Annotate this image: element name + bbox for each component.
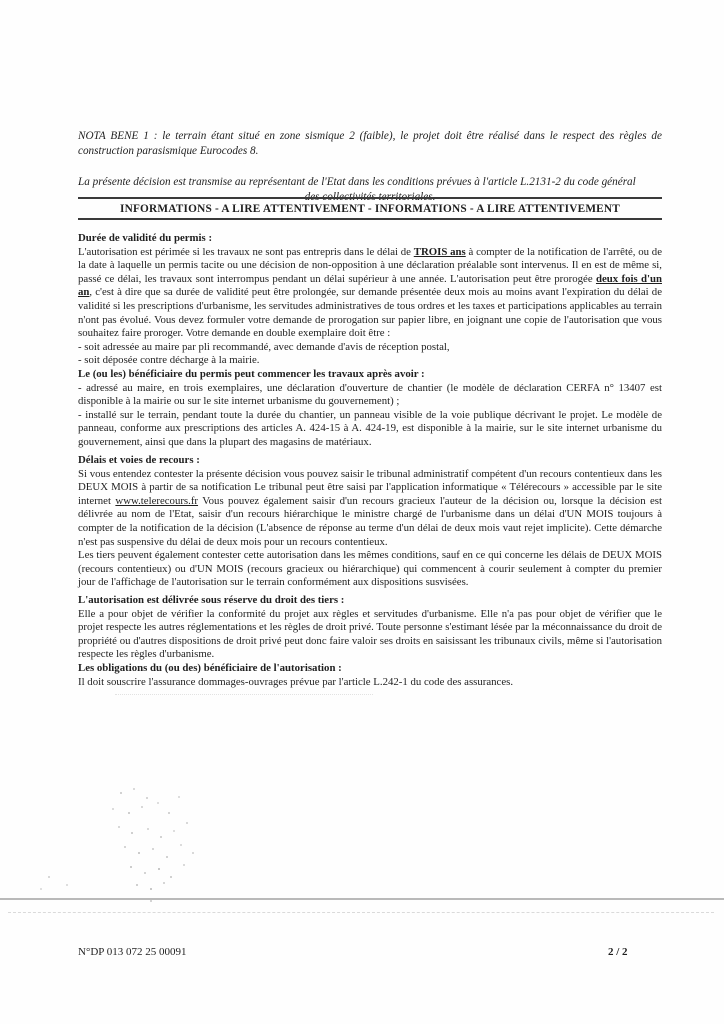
scan-artifact-line — [115, 694, 373, 695]
validity-text-1: L'autorisation est périmée si les travau… — [78, 246, 414, 258]
section-appeals: Délais et voies de recours : Si vous ent… — [78, 454, 662, 590]
informations-banner: INFORMATIONS - A LIRE ATTENTIVEMENT - IN… — [78, 197, 662, 220]
obligations-heading: Les obligations du (ou des) bénéficiaire… — [78, 662, 662, 676]
nota-bene-text: NOTA BENE 1 : le terrain étant situé en … — [78, 130, 662, 157]
footer-separator-dashed-line — [8, 912, 714, 913]
appeals-paragraph-2: Les tiers peuvent également contester ce… — [78, 549, 662, 590]
beneficiary-item-1: - adressé au maire, en trois exemplaires… — [78, 382, 662, 409]
validity-heading: Durée de validité du permis : — [78, 232, 662, 246]
scan-noise-speckles — [0, 0, 2, 2]
validity-body: L'autorisation est périmée si les travau… — [78, 246, 662, 341]
validity-bold-trois-ans: TROIS ans — [414, 246, 466, 258]
validity-item-2: - soit déposée contre décharge à la mair… — [78, 354, 662, 368]
appeals-paragraph-1: Si vous entendez contester la présente d… — [78, 468, 662, 550]
validity-item-1: - soit adressée au maire par pli recomma… — [78, 341, 662, 355]
telerecours-link: www.telerecours.fr — [115, 495, 198, 507]
decision-transmission-line1: La présente décision est transmise au re… — [78, 176, 636, 188]
footer-separator-line — [0, 898, 724, 900]
validity-text-3: , c'est à dire que sa durée de validité … — [78, 286, 662, 339]
section-validity: Durée de validité du permis : L'autorisa… — [78, 232, 662, 368]
informations-banner-title: INFORMATIONS - A LIRE ATTENTIVEMENT - IN… — [120, 203, 620, 215]
scanned-document-page: NOTA BENE 1 : le terrain étant situé en … — [0, 0, 724, 1024]
page-number: 2 / 2 — [608, 946, 628, 958]
section-beneficiary: Le (ou les) bénéficiaire du permis peut … — [78, 368, 662, 450]
beneficiary-heading: Le (ou les) bénéficiaire du permis peut … — [78, 368, 662, 382]
section-obligations: Les obligations du (ou des) bénéficiaire… — [78, 662, 662, 689]
nota-bene-paragraph: NOTA BENE 1 : le terrain étant situé en … — [78, 129, 662, 159]
section-third-party: L'autorisation est délivrée sous réserve… — [78, 594, 662, 662]
document-number: N°DP 013 072 25 00091 — [78, 946, 187, 958]
appeals-heading: Délais et voies de recours : — [78, 454, 662, 468]
third-party-body: Elle a pour objet de vérifier la conform… — [78, 608, 662, 662]
obligations-body: Il doit souscrire l'assurance dommages-o… — [78, 676, 662, 690]
beneficiary-item-2: - installé sur le terrain, pendant toute… — [78, 409, 662, 450]
third-party-heading: L'autorisation est délivrée sous réserve… — [78, 594, 662, 608]
